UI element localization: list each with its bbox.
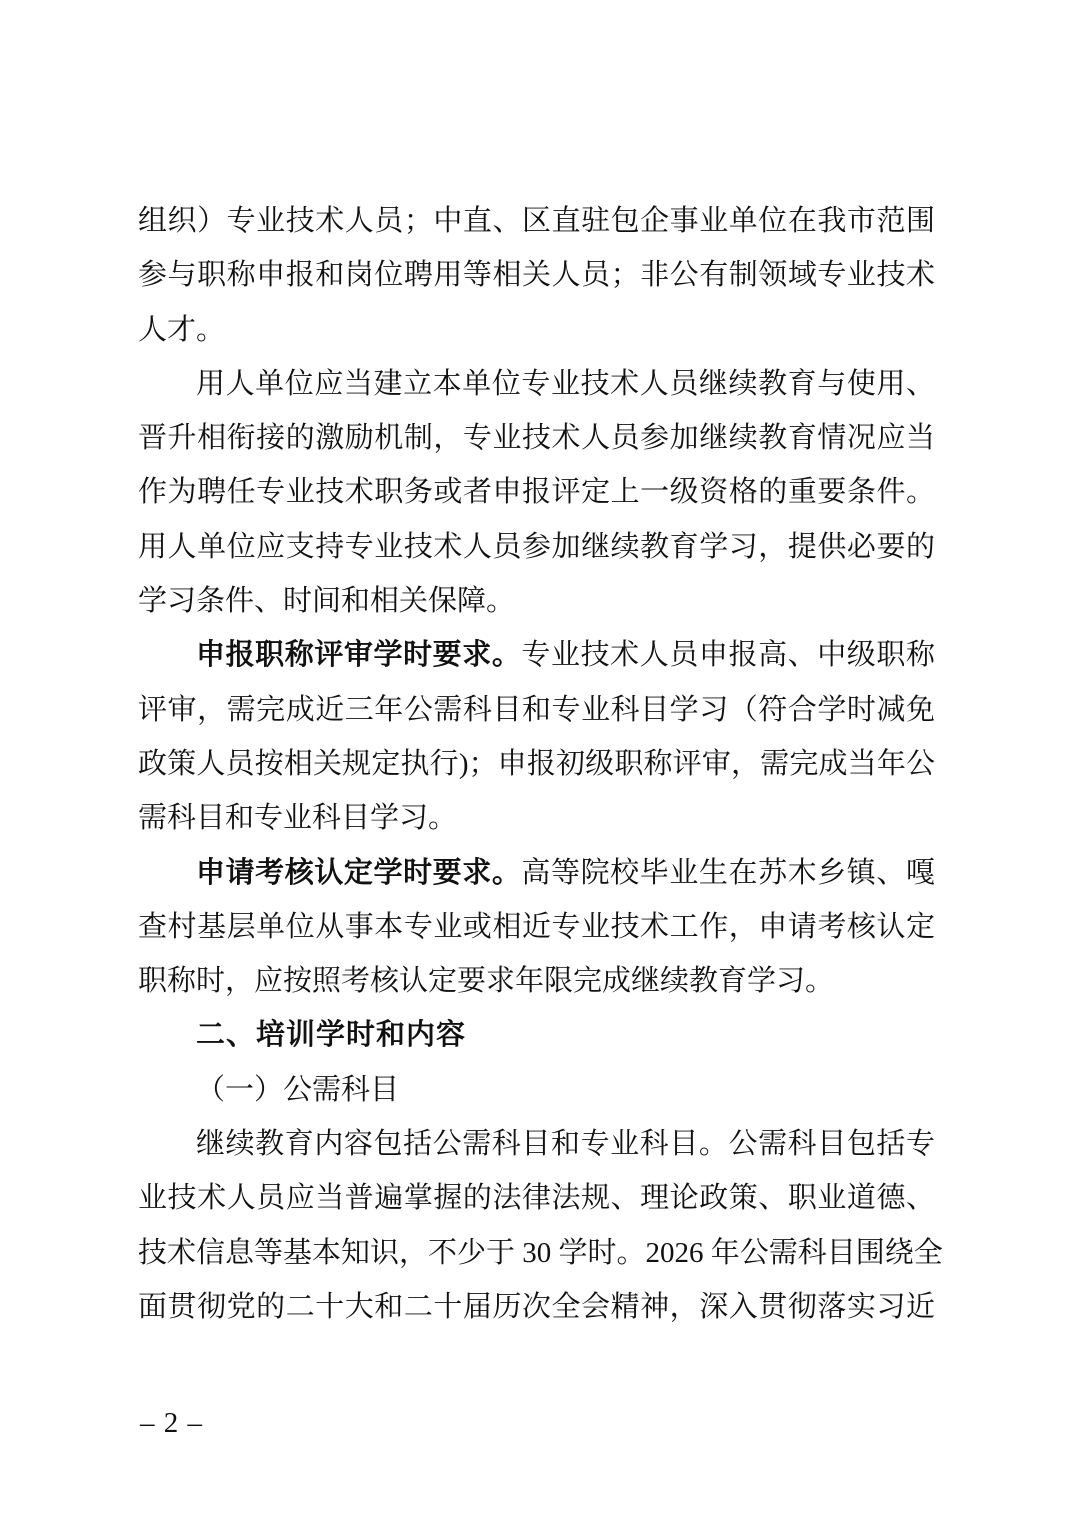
document-page: 组织）专业技术人员；中直、区直驻包企事业单位在我市范围 参与职称申报和岗位聘用等…	[0, 0, 1074, 1520]
document-line: 查村基层单位从事本专业或相近专业技术工作，申请考核认定	[138, 900, 935, 954]
document-line: 需科目和专业科目学习。	[138, 791, 935, 845]
section-heading-block: 二、培训学时和内容	[138, 1008, 935, 1062]
document-line: 继续教育内容包括公需科目和专业科目。公需科目包括专	[138, 1117, 935, 1171]
paragraph-assessment-requirement: 申请考核认定学时要求。高等院校毕业生在苏木乡镇、嘎 查村基层单位从事本专业或相近…	[138, 846, 935, 1009]
bold-lead-text: 申请考核认定学时要求。	[196, 857, 521, 889]
document-body: 组织）专业技术人员；中直、区直驻包企事业单位在我市范围 参与职称申报和岗位聘用等…	[138, 194, 935, 1334]
document-line: 技术信息等基本知识，不少于 30 学时。2026 年公需科目围绕全	[138, 1226, 935, 1280]
paragraph-public-subjects: 继续教育内容包括公需科目和专业科目。公需科目包括专 业技术人员应当普遍掌握的法律…	[138, 1117, 935, 1334]
lead-rest-text: 高等院校毕业生在苏木乡镇、嘎	[521, 857, 935, 889]
document-line: 申报职称评审学时要求。专业技术人员申报高、中级职称	[138, 628, 935, 682]
subsection-heading: （一）公需科目	[138, 1063, 935, 1117]
document-line: 面贯彻党的二十大和二十届历次全会精神，深入贯彻落实习近	[138, 1280, 935, 1334]
document-line: 晋升相衔接的激励机制，专业技术人员参加继续教育情况应当	[138, 411, 935, 465]
page-number: – 2 –	[140, 1406, 203, 1440]
document-line: 作为聘任专业技术职务或者申报评定上一级资格的重要条件。	[138, 465, 935, 519]
paragraph-scope-continuation: 组织）专业技术人员；中直、区直驻包企事业单位在我市范围 参与职称申报和岗位聘用等…	[138, 194, 935, 357]
document-line: 职称时，应按照考核认定要求年限完成继续教育学习。	[138, 954, 935, 1008]
section-heading: 二、培训学时和内容	[138, 1008, 935, 1062]
paragraph-title-review-requirement: 申报职称评审学时要求。专业技术人员申报高、中级职称 评审，需完成近三年公需科目和…	[138, 628, 935, 845]
document-line: 申请考核认定学时要求。高等院校毕业生在苏木乡镇、嘎	[138, 846, 935, 900]
subsection-heading-block: （一）公需科目	[138, 1063, 935, 1117]
document-line: 用人单位应当建立本单位专业技术人员继续教育与使用、	[138, 357, 935, 411]
lead-rest-text: 专业技术人员申报高、中级职称	[521, 639, 935, 671]
bold-lead-text: 申报职称评审学时要求。	[196, 639, 521, 671]
document-line: 组织）专业技术人员；中直、区直驻包企事业单位在我市范围	[138, 194, 935, 248]
document-line: 学习条件、时间和相关保障。	[138, 574, 935, 628]
document-line: 用人单位应支持专业技术人员参加继续教育学习，提供必要的	[138, 520, 935, 574]
document-line: 政策人员按相关规定执行)；申报初级职称评审，需完成当年公	[138, 737, 935, 791]
paragraph-employer-duty: 用人单位应当建立本单位专业技术人员继续教育与使用、 晋升相衔接的激励机制，专业技…	[138, 357, 935, 628]
document-line: 人才。	[138, 303, 935, 357]
document-line: 参与职称申报和岗位聘用等相关人员；非公有制领域专业技术	[138, 248, 935, 302]
document-line: 评审，需完成近三年公需科目和专业科目学习（符合学时减免	[138, 683, 935, 737]
document-line: 业技术人员应当普遍掌握的法律法规、理论政策、职业道德、	[138, 1171, 935, 1225]
